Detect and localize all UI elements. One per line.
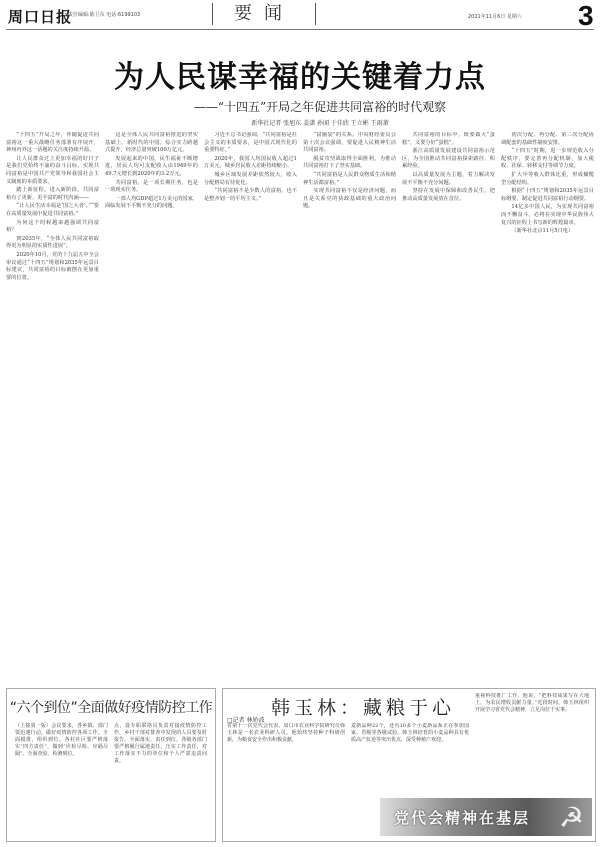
article-paragraph: （新华社北京11月5日电） (501, 228, 594, 236)
article-paragraph: 初次分配、再分配、第三次分配协调配套的基础性制度安排。 (501, 132, 594, 147)
masthead-divider (6, 29, 594, 30)
article-paragraph: 实现共同富裕不仅是经济问题，而且是关系党的执政基础的重大政治问题。 (303, 188, 396, 211)
main-subheadline: ——“十四五”开局之年促进共同富裕的时代观察 (0, 98, 600, 115)
article-paragraph: 根据“十四五”规划和2035年远景目标纲要，制定促进共同富裕行动纲要。 (501, 188, 594, 203)
article-paragraph: 共同富裕，是一项长期任务，也是一项现实任务。 (105, 180, 198, 195)
article-paragraph: 2020年，我国人均国民收入超过1万美元，城乡居民收入差距持续缩小。 (204, 156, 297, 171)
article-paragraph: 14亿多中国人民，为实现共同富裕而不懈奋斗，必将在实现中华民族伟大复兴的征程上书… (501, 204, 594, 227)
article-column: 习近平总书记强调，“共同富裕是社会主义的本质要求，是中国式现代化的重要特征。”2… (204, 132, 297, 662)
article-paragraph: 浙江高质量发展建设共同富裕示范区，为全国推动共同富裕探索路径、积累经验。 (402, 148, 495, 171)
article-paragraph: 城乡区域发展差距依然较大，收入分配格局有待优化。 (204, 172, 297, 187)
article-paragraph: 为何这个时候越来越强调共同富裕？ (6, 220, 99, 235)
main-headline: 为人民谋幸福的关键着力点 (0, 52, 600, 96)
article-paragraph: “十四五”时期，进一步规范收入分配秩序，要完善再分配机制，加大税收、社保、转移支… (501, 148, 594, 171)
newspaper-logo: 周口日报 (8, 6, 72, 27)
masthead: 周口日报 责任编辑:陈卫东 电话:6199103 要闻 2021年11月6日 星… (0, 0, 600, 30)
editor-info: 责任编辑:陈卫东 电话:6199103 (68, 11, 140, 18)
article-paragraph: 扩大中等收入群体比重，形成橄榄型分配结构。 (501, 172, 594, 187)
issue-date: 2021年11月6日 星期六 (468, 13, 522, 20)
article-paragraph: “共同富裕是人民群众物质生活和精神生活都富裕。” (303, 172, 396, 187)
feature-headline: 韩玉林：藏粮于心 (223, 693, 503, 720)
article-paragraph: 共同富裕的目标中，既要做大“蛋糕”，又要分好“蛋糕”。 (402, 132, 495, 147)
article-paragraph: 坚持在发展中保障和改善民生，把推动高质量发展放在首位。 (402, 188, 495, 203)
article-paragraph: “十四五”开局之年，伴随促进共同富裕这一重大战略任务部署有序展开，神州内外这一话… (6, 132, 99, 155)
article-paragraph: 一部人均GDP超过1万美元的国家，面临发展不平衡不充分的问题。 (105, 196, 198, 211)
article-paragraph: 2020年10月，党的十九届五中全会审议通过“十四五”规划和2035年远景目标建… (6, 252, 99, 282)
sidebar-article: “六个到位”全面做好疫情防控工作 （上接第一版）会议要求，各乡镇、部门要迅速行动… (6, 688, 216, 842)
party-emblem-icon: ☭ (559, 801, 584, 834)
section-title: 要闻 (212, 3, 316, 25)
article-paragraph: 脱贫攻坚战取得全面胜利，为推动共同富裕打下了坚实基础。 (303, 156, 396, 171)
article-column: “富脑袋”的关系。中央财经委员会第十次会议强调，要促进人民精神生活共同富裕。脱贫… (303, 132, 396, 662)
article-paragraph: 到2035年，“全体人民共同富裕取得更为明显的实质性进展”。 (6, 236, 99, 251)
article-column: 共同富裕的目标中，既要做大“蛋糕”，又要分好“蛋糕”。浙江高质量发展建设共同富裕… (402, 132, 495, 662)
article-column: “十四五”开局之年，伴随促进共同富裕这一重大战略任务部署有序展开，神州内外这一话… (6, 132, 99, 662)
article-paragraph: 这是全体人民共同富裕推进的坚实基础上。新时代的中国，综合实力跨越式提升，经济总量… (105, 132, 198, 155)
feature-column: 重视科技推广工作。他说，“把科技成果写在大地上，为农民增收贡献力量。”近段时间，… (475, 693, 589, 763)
article-paragraph: 以高质量发展为主题，着力解决发展不平衡不充分问题。 (402, 172, 495, 187)
article-paragraph: 让人民群众过上更加幸福的好日子是我们党始终不渝的奋斗目标，实现共同富裕是中国共产… (6, 156, 99, 186)
feature-column: 省第十一次党代会代表、周口市农业科学院研究员韩玉林是一名农业科研人员。他始终坚持… (227, 723, 345, 835)
article-paragraph: 踏上新征程，进入新阶段，共同富裕有了更新、更丰富的时代内涵—— (6, 187, 99, 202)
main-article-body: “十四五”开局之年，伴随促进共同富裕这一重大战略任务部署有序展开，神州内外这一话… (6, 132, 594, 662)
sidebar-column: 点，设专职联络员负责对接疫情防控工作，乡村干部对排查中发现的人员要及时报告。全面… (114, 723, 207, 765)
page-number: 3 (578, 0, 594, 32)
article-paragraph: “共同富裕不是少数人的富裕，也不是整齐划一的平均主义。” (204, 188, 297, 203)
party-congress-banner: 党代会精神在基层 ☭ (380, 798, 592, 836)
article-paragraph: 习近平总书记强调，“共同富裕是社会主义的本质要求，是中国式现代化的重要特征。” (204, 132, 297, 155)
article-column: 初次分配、再分配、第三次分配协调配套的基础性制度安排。“十四五”时期，进一步规范… (501, 132, 594, 662)
sidebar-column: （上接第一版）会议要求，各乡镇、部门要迅速行动，做好疫情防控各项工作。全面摸排、… (15, 723, 108, 765)
banner-label: 党代会精神在基层 (394, 807, 530, 828)
article-column: 这是全体人民共同富裕推进的坚实基础上。新时代的中国，综合实力跨越式提升，经济总量… (105, 132, 198, 662)
article-paragraph: “富脑袋”的关系。中央财经委员会第十次会议强调，要促进人民精神生活共同富裕。 (303, 132, 396, 155)
main-byline: 新华社记者 张旭东 姜潇 孙闻 于佳欣 王立彬 王雨萧 (0, 118, 600, 127)
article-paragraph: “让人民生活幸福是‘国之大者’。”“要在高质量发展中促进共同富裕。” (6, 203, 99, 218)
sidebar-body: （上接第一版）会议要求，各乡镇、部门要迅速行动，做好疫情防控各项工作。全面摸排、… (7, 717, 215, 771)
sidebar-headline: “六个到位”全面做好疫情防控工作 (7, 697, 215, 717)
article-paragraph: 发展起来的中国，民生福祉不断增进，居民人均可支配收入由1949年的49.7元增长… (105, 156, 198, 179)
